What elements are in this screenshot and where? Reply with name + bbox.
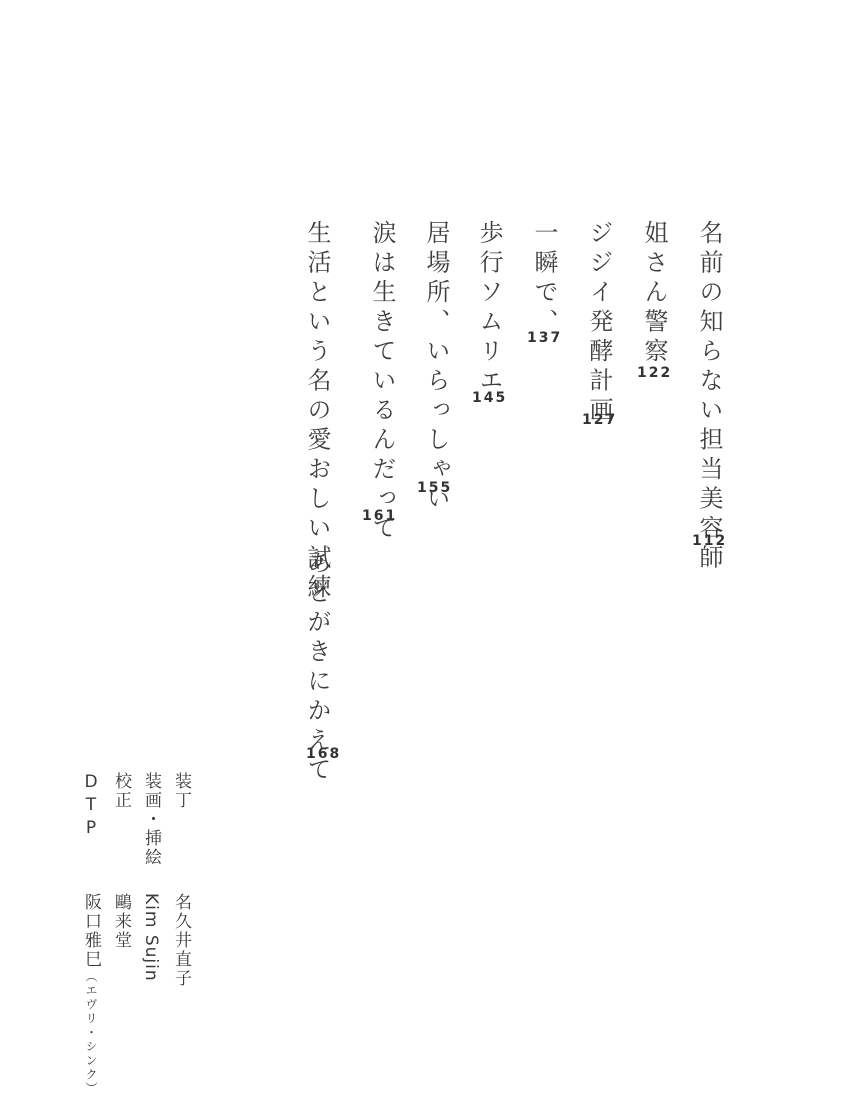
toc-entry-page: 155: [417, 480, 452, 496]
toc-entry-title: 涙は生きているんだって: [370, 220, 394, 545]
toc-entry-page: 168: [306, 746, 341, 762]
credit-role: 校正: [112, 772, 129, 810]
credit-role: 装画・挿絵: [142, 772, 159, 867]
credit-role: DTP: [82, 772, 99, 841]
toc-entry-title: 一瞬で、: [532, 220, 556, 338]
credit-name: 名久井直子: [172, 893, 189, 988]
toc-entry-title: 姐さん警察: [642, 220, 666, 368]
toc-entry-page: 127: [582, 412, 617, 428]
toc-entry-page: 137: [527, 330, 562, 346]
toc-entry-title: 生活という名の愛おしい試練: [305, 220, 329, 604]
credit-name: 鷗来堂: [112, 893, 129, 950]
toc-entry-title: ジジイ発酵計画: [587, 220, 611, 427]
credit-name: 阪口雅巳: [82, 893, 99, 969]
toc-entry-page: 122: [637, 365, 672, 381]
credit-role: 装丁: [172, 772, 189, 810]
toc-entry-page: 145: [472, 390, 507, 406]
toc-entry-title: 歩行ソムリエ: [477, 220, 501, 397]
toc-entry-title: 名前の知らない担当美容師: [697, 220, 721, 574]
toc-entry-page: 161: [362, 508, 397, 524]
credit-name: Kim Sujin: [142, 893, 159, 982]
toc-entry-page: 112: [692, 533, 727, 549]
toc-entry-title: 居場所、いらっしゃい: [424, 220, 448, 515]
credit-name-note: （エヴリ・シンク）: [85, 970, 97, 1096]
